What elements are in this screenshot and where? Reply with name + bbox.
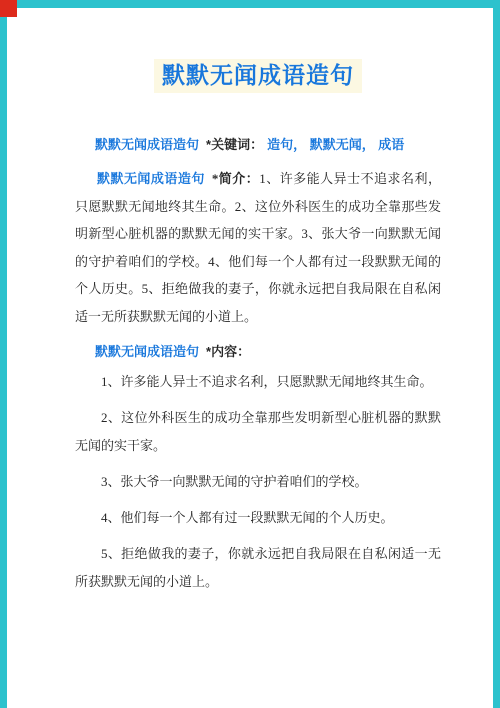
sentence-item: 2、这位外科医生的成功全靠那些发明新型心脏机器的默默无闻的实干家。 <box>75 404 441 460</box>
sentence-item: 4、他们每一个人都有过一段默默无闻的个人历史。 <box>75 504 441 532</box>
intro-text: 1、许多能人异士不追求名利，只愿默默无闻地终其生命。2、这位外科医生的成功全靠那… <box>75 171 441 324</box>
intro-label: *简介： <box>212 171 259 186</box>
content-heading: 默默无闻成语造句 <box>95 344 199 359</box>
content-label: *内容： <box>206 344 250 359</box>
sentence-item: 1、许多能人异士不追求名利，只愿默默无闻地终其生命。 <box>75 368 441 396</box>
sentence-item: 5、拒绝做我的妻子，你就永远把自我局限在自私闲适一无所获默默无闻的小道上。 <box>75 540 441 596</box>
page-title-text: 默默无闻成语造句 <box>154 59 362 93</box>
intro-heading: 默默无闻成语造句 <box>97 171 205 186</box>
sentence-item: 3、张大爷一向默默无闻的守护着咱们的学校。 <box>75 468 441 496</box>
intro-paragraph: 默默无闻成语造句*简介：1、许多能人异士不追求名利，只愿默默无闻地终其生命。2、… <box>75 165 441 330</box>
right-border-bar <box>493 8 500 708</box>
keywords-list: 造句， 默默无闻， 成语 <box>267 137 404 152</box>
top-border-bar <box>17 0 500 8</box>
keywords-heading: 默默无闻成语造句 <box>95 137 199 152</box>
document-body: 默默无闻成语造句 默默无闻成语造句*关键词：造句， 默默无闻， 成语 默默无闻成… <box>75 56 441 596</box>
page-title: 默默无闻成语造句 <box>75 56 441 94</box>
corner-red-square <box>0 0 17 17</box>
keywords-label: *关键词： <box>206 137 263 152</box>
sentence-list: 1、许多能人异士不追求名利，只愿默默无闻地终其生命。 2、这位外科医生的成功全靠… <box>75 368 441 596</box>
keywords-line: 默默无闻成语造句*关键词：造句， 默默无闻， 成语 <box>75 136 441 153</box>
content-label-line: 默默无闻成语造句*内容： <box>75 343 441 360</box>
left-border-bar <box>0 17 7 708</box>
